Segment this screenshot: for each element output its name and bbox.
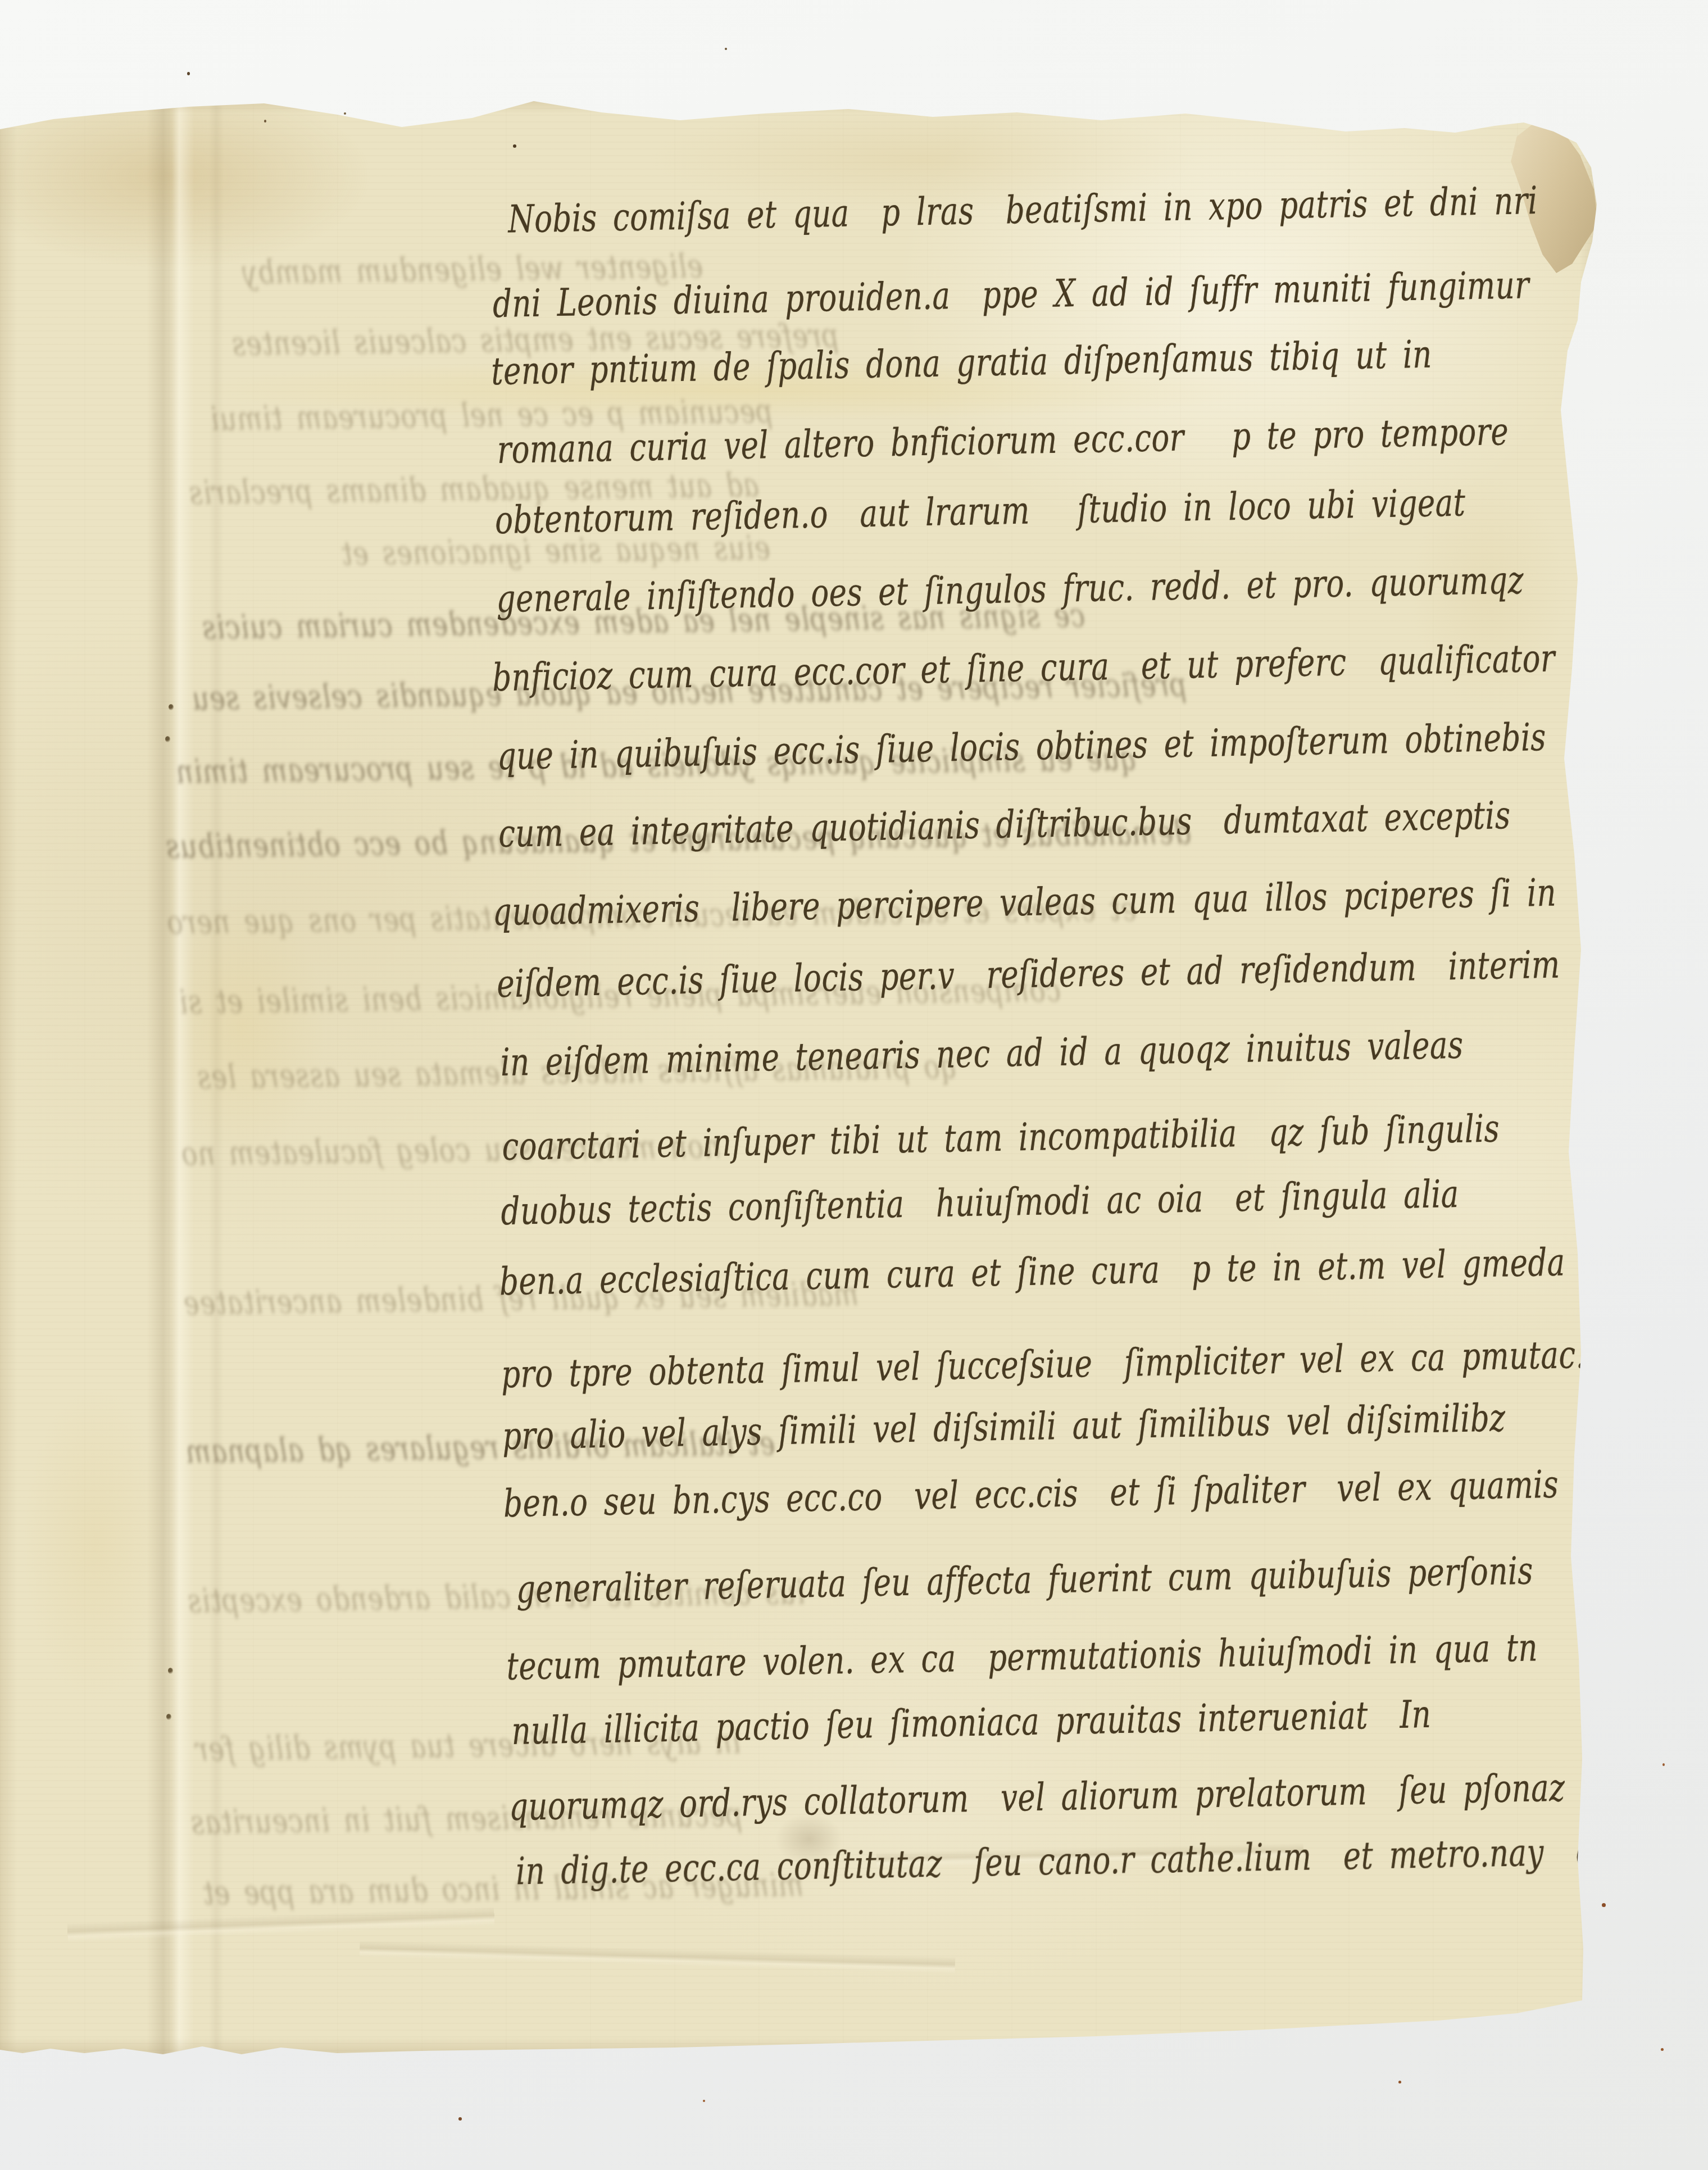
text-line: generaliter reſeruata ſeu affecta fuerin…: [516, 1549, 1533, 1611]
text-line: nulla illicita pactio ſeu ſimoniaca prau…: [511, 1693, 1432, 1754]
dust-speck: [344, 112, 346, 115]
text-line: in eiſdem minime tenearis nec ad id a qu…: [500, 1023, 1464, 1084]
text-line: quorumqz ord.rys collatorum vel aliorum …: [508, 1766, 1565, 1829]
text-line: ben.o seu bn.cys ecc.co vel ecc.cis et ſ…: [503, 1462, 1609, 1526]
scanned-manuscript: eligenter wel eligendum mamby prefere se…: [0, 0, 1708, 2170]
dust-speck: [703, 2100, 705, 2102]
dust-speck: [264, 120, 266, 122]
text-line: pro tpre obtenta ſimul vel ſucceſsiue ſi…: [501, 1333, 1611, 1397]
text-line: generale inſiſtendo oes et ſingulos fruc…: [496, 559, 1524, 621]
dust-speck: [1398, 2081, 1401, 2083]
dust-speck: [513, 144, 516, 148]
text-line: tenor pntium de ſpalis dona gratia diſpe…: [491, 333, 1433, 394]
dust-speck: [458, 2117, 462, 2121]
text-line: dni Leonis diuina prouiden.a ppe X ad id…: [492, 264, 1529, 326]
manuscript-text: Nobis comiſsa et qua p lras beatiſsmi in…: [0, 74, 1630, 2065]
dust-speck: [725, 48, 727, 50]
dust-speck: [1661, 2048, 1664, 2051]
text-line: tecum pmutare volen. ex ca permutationis…: [506, 1626, 1538, 1689]
text-line: obtentorum reſiden.o aut lrarum ſtudio i…: [494, 481, 1466, 543]
text-line: que in quibuſuis ecc.is ſiue locis obtin…: [497, 715, 1546, 778]
manuscript-page: eligenter wel eligendum mamby prefere se…: [0, 94, 1597, 2056]
dust-speck: [1602, 1903, 1606, 1907]
dust-speck: [187, 72, 190, 75]
text-line: bnficioz cum cura ecc.cor et ſine cura e…: [492, 637, 1556, 700]
text-line: pro alio vel alys ſimili vel diſsimili a…: [502, 1396, 1506, 1459]
text-line: romana curia vel altero bnficiorum ecc.c…: [497, 410, 1509, 473]
text-line: ben.a ecclesiaſtica cum cura et ſine cur…: [499, 1241, 1565, 1304]
text-line: cum ea integritate quotidianis diſtribuc…: [498, 794, 1511, 856]
dust-speck: [1662, 1763, 1665, 1766]
text-line: in dig.te ecc.ca conſtitutaz ſeu cano.r …: [516, 1828, 1684, 1894]
text-line: eiſdem ecc.is ſiue locis per.v reſideres…: [497, 943, 1561, 1006]
text-line: quoadmixeris libere percipere valeas cum…: [492, 871, 1556, 934]
text-line: duobus tectis conſiſtentia huiuſmodi ac …: [501, 1172, 1459, 1233]
text-line: Nobis comiſsa et qua p lras beatiſsmi in…: [508, 179, 1538, 242]
text-line: coarctari et inſuper tibi ut tam incompa…: [502, 1107, 1500, 1169]
